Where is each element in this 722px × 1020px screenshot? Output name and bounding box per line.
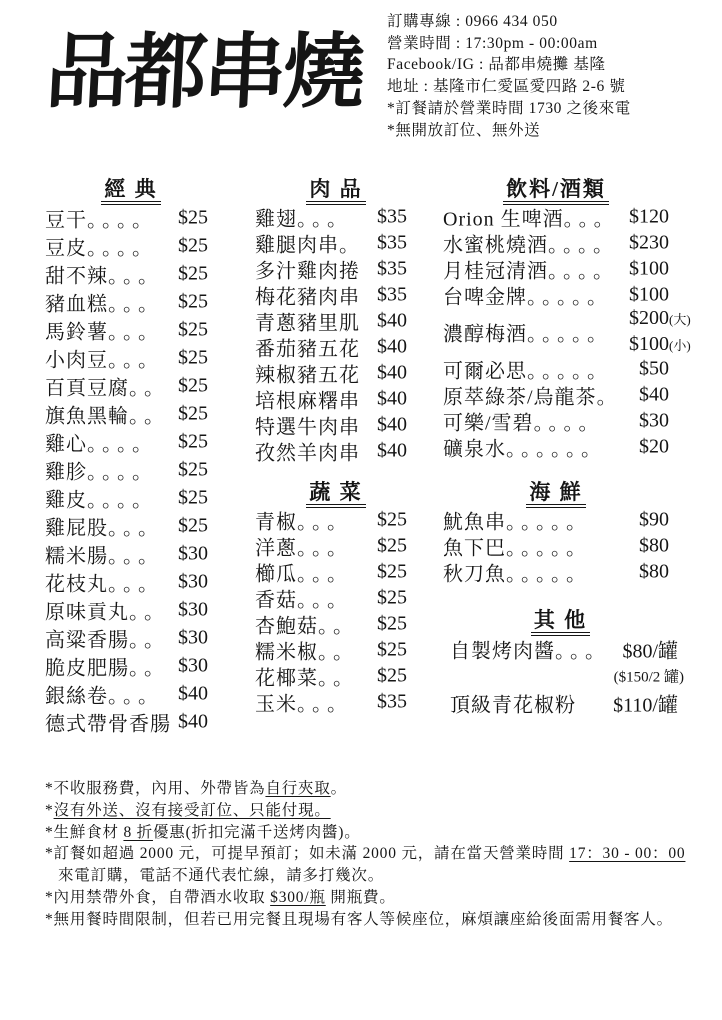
menu-item: 糯米椒。。$25 [255, 637, 417, 663]
item-price: $25 [178, 263, 208, 286]
item-price: $35 [377, 206, 407, 229]
item-name: 魚下巴。。。。。 [443, 532, 591, 561]
item-name: 雞腿肉串。 [255, 229, 364, 258]
item-name: 豆皮。。。。 [45, 232, 157, 261]
section-title-meat: 肉 品 [255, 177, 417, 204]
dot-leader: 。。 [129, 630, 169, 652]
item-label: 花枝丸 [45, 574, 108, 596]
menu-item: 頂級青花椒粉$110/罐 [443, 689, 678, 716]
price-amount: $200 [629, 307, 669, 329]
item-name: 甜不辣。。。 [45, 260, 163, 289]
item-label: 辣椒豬五花 [255, 365, 360, 387]
item-name: 雞屁股。。。 [45, 512, 163, 541]
note-underlined-text: 8 折 [123, 824, 153, 841]
menu-item: 豬血糕。。。$25 [45, 288, 217, 316]
item-name: 原味貢丸。。 [45, 596, 169, 625]
item-price: $25 [377, 613, 407, 636]
item-label: 糯米椒 [255, 642, 318, 664]
section-title-drinks: 飲料/酒類 [443, 177, 669, 204]
menu-item: 雞胗。。。。$25 [45, 456, 217, 484]
item-name: 杏鮑菇。。 [255, 610, 358, 639]
menu-item: 小肉豆。。。$25 [45, 344, 217, 372]
menu-item: 糯米腸。。。$30 [45, 540, 217, 568]
item-label: 可樂/雪碧 [443, 413, 534, 435]
item-name: 培根麻糬串 [255, 385, 360, 414]
section-meat: 肉 品 雞翅。。。$35雞腿肉串。$35多汁雞肉捲$35梅花豬肉串$35青蔥豬里… [255, 177, 417, 464]
item-price: $25 [178, 235, 208, 258]
item-label: 台啤金牌 [443, 287, 527, 309]
item-label: 魚下巴 [443, 538, 506, 560]
item-name: 濃醇梅酒。。。。。 [443, 318, 612, 347]
item-name: 特選牛肉串 [255, 411, 360, 440]
dot-leader: 。 [597, 387, 622, 409]
item-price: $40 [639, 384, 669, 407]
dot-leader: 。。。。。。 [506, 439, 606, 461]
item-name: 可樂/雪碧。。。。 [443, 407, 604, 436]
item-label: 香菇 [255, 590, 297, 612]
item-price: $25 [178, 207, 208, 230]
item-name: 櫛瓜。。。 [255, 558, 352, 587]
dot-leader: 。。。 [564, 209, 619, 231]
item-name: 青蔥豬里肌 [255, 307, 360, 336]
dot-leader: 。。。。。 [506, 512, 591, 534]
dot-leader: 。 [339, 235, 364, 257]
dot-leader: 。。。 [555, 640, 610, 662]
dot-leader: 。。 [129, 602, 169, 624]
item-label: 可爾必思 [443, 361, 527, 383]
menu-item: 青蔥豬里肌$40 [255, 308, 417, 334]
dot-leader: 。。。。 [87, 462, 157, 484]
menu-item: 青椒。。。$25 [255, 507, 417, 533]
section-title-seafood: 海 鮮 [443, 480, 669, 507]
menu-item: 月桂冠清酒。。。。$100 [443, 256, 669, 282]
dot-leader: 。。 [318, 642, 358, 664]
item-name: 玉米。。。 [255, 688, 352, 717]
item-price: $25 [178, 347, 208, 370]
note-text: *內用禁帶外食，自帶酒水收取 [45, 889, 270, 906]
item-label: 礦泉水 [443, 439, 506, 461]
item-name: 糯米椒。。 [255, 636, 358, 665]
item-price: $80/罐 [622, 634, 678, 663]
menu-item: 花椰菜。。$25 [255, 663, 417, 689]
dot-leader: 。。。。 [87, 490, 157, 512]
dot-leader: 。。。 [108, 266, 163, 288]
dot-leader: 。。 [129, 406, 169, 428]
item-name: 旗魚黑輪。。 [45, 400, 169, 429]
classic-rows: 豆干。。。。$25豆皮。。。。$25甜不辣。。。$25豬血糕。。。$25馬鈴薯。… [45, 204, 217, 736]
item-name: 番茄豬五花 [255, 333, 360, 362]
item-price: $25 [178, 459, 208, 482]
note-text: * [45, 802, 54, 819]
dot-leader: 。。。 [108, 294, 163, 316]
other-rows: 自製烤肉醬。。。$80/罐($150/2 罐)頂級青花椒粉$110/罐 [443, 635, 678, 716]
meat-rows: 雞翅。。。$35雞腿肉串。$35多汁雞肉捲$35梅花豬肉串$35青蔥豬里肌$40… [255, 204, 417, 464]
item-label: 多汁雞肉捲 [255, 261, 360, 283]
item-price: $200(大)$100(小) [629, 306, 669, 358]
section-seafood: 海 鮮 魷魚串。。。。。$90魚下巴。。。。。$80秋刀魚。。。。。$80 [443, 480, 669, 585]
dot-leader: 。。。 [108, 686, 163, 708]
item-label: 雞腿肉串 [255, 235, 339, 257]
item-label: 原味貢丸 [45, 602, 129, 624]
item-label: 魷魚串 [443, 512, 506, 534]
note-line: *生鮮食材 8 折優惠(折扣完滿千送烤肉醬)。 [45, 822, 707, 844]
item-name: 水蜜桃燒酒。。。。 [443, 229, 618, 258]
menu-item: 培根麻糬串$40 [255, 386, 417, 412]
item-label: 豆皮 [45, 238, 87, 260]
item-name: 香菇。。。 [255, 584, 352, 613]
item-label: 百頁豆腐 [45, 378, 129, 400]
item-price: $25 [377, 587, 407, 610]
section-classic: 經 典 豆干。。。。$25豆皮。。。。$25甜不辣。。。$25豬血糕。。。$25… [45, 177, 217, 736]
menu-item: 洋蔥。。。$25 [255, 533, 417, 559]
item-name: 孜然羊肉串 [255, 437, 360, 466]
note-text: 優惠(折扣完滿千送烤肉醬)。 [153, 824, 361, 841]
item-price: $25 [377, 665, 407, 688]
note-line: *內用禁帶外食，自帶酒水收取 $300/瓶 開瓶費。 [45, 887, 707, 909]
price-size-label: (小) [669, 333, 696, 358]
dot-leader: 。。。 [297, 590, 352, 612]
menu-item: 杏鮑菇。。$25 [255, 611, 417, 637]
menu-item: 脆皮肥腸。。$30 [45, 652, 217, 680]
item-price: $40 [377, 440, 407, 463]
dot-leader: 。。。。 [87, 238, 157, 260]
item-label: 月桂冠清酒 [443, 261, 548, 283]
menu-item: 秋刀魚。。。。。$80 [443, 559, 669, 585]
dot-leader: 。。。 [297, 538, 352, 560]
menu-item: 旗魚黑輪。。$25 [45, 400, 217, 428]
menu-item: 辣椒豬五花$40 [255, 360, 417, 386]
item-label: 雞胗 [45, 462, 87, 484]
dot-leader: 。。 [318, 668, 358, 690]
item-label: 雞屁股 [45, 518, 108, 540]
item-name: 豬血糕。。。 [45, 288, 163, 317]
menu-item: 可爾必思。。。。。$50 [443, 356, 669, 382]
menu-item: 水蜜桃燒酒。。。。$230 [443, 230, 669, 256]
item-label: 旗魚黑輪 [45, 406, 129, 428]
menu-item: 高粱香腸。。$30 [45, 624, 217, 652]
menu-item: 礦泉水。。。。。。$20 [443, 434, 669, 460]
price-amount: $100 [629, 333, 669, 355]
contact-line: Facebook/IG : 品都串燒攤 基隆 [387, 54, 631, 76]
item-name: 礦泉水。。。。。。 [443, 433, 606, 462]
price-size-label: (大) [669, 307, 696, 332]
note-underlined-text: 17：30 - 00：00 [569, 845, 685, 862]
dot-leader: 。。。。。 [506, 538, 591, 560]
item-label: 高粱香腸 [45, 630, 129, 652]
seafood-rows: 魷魚串。。。。。$90魚下巴。。。。。$80秋刀魚。。。。。$80 [443, 507, 669, 585]
item-price: $25 [377, 561, 407, 584]
note-text: 。 [331, 780, 347, 797]
item-price: $35 [377, 258, 407, 281]
contact-line: 訂購專線 : 0966 434 050 [387, 11, 631, 33]
item-price: $25 [377, 639, 407, 662]
dot-leader: 。。。。。 [527, 361, 612, 383]
item-name: 月桂冠清酒。。。。 [443, 255, 618, 284]
menu-item: 雞翅。。。$35 [255, 204, 417, 230]
dot-leader: 。。。 [297, 694, 352, 716]
menu-item: 銀絲卷。。。$40 [45, 680, 217, 708]
menu-item: 魷魚串。。。。。$90 [443, 507, 669, 533]
item-name: 糯米腸。。。 [45, 540, 163, 569]
dot-leader: 。。。。。 [527, 287, 612, 309]
note-line: *不收服務費，內用、外帶皆為自行夾取。 [45, 778, 707, 800]
menu-item: 原味貢丸。。$30 [45, 596, 217, 624]
item-price: $25 [178, 431, 208, 454]
menu-item: 番茄豬五花$40 [255, 334, 417, 360]
item-name: 花椰菜。。 [255, 662, 358, 691]
dot-leader: 。。。 [297, 512, 352, 534]
item-label: 雞翅 [255, 209, 297, 231]
dot-leader: 。。 [129, 378, 169, 400]
section-title-other: 其 他 [443, 608, 678, 635]
item-price: $80 [639, 561, 669, 584]
item-price: $40 [377, 310, 407, 333]
note-text: *訂餐如超過 2000 元，可提早預訂；如未滿 2000 元，請在當天營業時間 [45, 845, 569, 862]
item-price: $25 [178, 291, 208, 314]
item-label: 花椰菜 [255, 668, 318, 690]
item-price: $40 [377, 336, 407, 359]
item-price: $110/罐 [613, 688, 678, 717]
item-name: 雞胗。。。。 [45, 456, 157, 485]
item-price: $35 [377, 691, 407, 714]
item-label: 甜不辣 [45, 266, 108, 288]
item-label: 梅花豬肉串 [255, 287, 360, 309]
price-line: $100(小) [629, 332, 669, 358]
note-underlined-text: 沒有外送、沒有接受訂位、只能付現。 [54, 802, 331, 819]
menu-item: 馬鈴薯。。。$25 [45, 316, 217, 344]
item-label: 馬鈴薯 [45, 322, 108, 344]
note-underlined-text: 自行夾取 [265, 780, 330, 797]
footer-notes: *不收服務費，內用、外帶皆為自行夾取。*沒有外送、沒有接受訂位、只能付現。*生鮮… [45, 778, 707, 931]
item-price: $35 [377, 232, 407, 255]
item-name: 雞皮。。。。 [45, 484, 157, 513]
menu-item: 可樂/雪碧。。。。$30 [443, 408, 669, 434]
note-line: *沒有外送、沒有接受訂位、只能付現。 [45, 800, 707, 822]
dot-leader: 。。。。 [87, 434, 157, 456]
dot-leader: 。。。 [297, 209, 352, 231]
item-name: 魷魚串。。。。。 [443, 506, 591, 535]
menu-item: 雞心。。。。$25 [45, 428, 217, 456]
dot-leader: 。。。 [297, 564, 352, 586]
section-drinks: 飲料/酒類 Orion 生啤酒。。。$120水蜜桃燒酒。。。。$230月桂冠清酒… [443, 177, 669, 460]
item-label: 特選牛肉串 [255, 417, 360, 439]
item-name: 雞翅。。。 [255, 203, 352, 232]
item-name: 洋蔥。。。 [255, 532, 352, 561]
menu-item: 豆皮。。。。$25 [45, 232, 217, 260]
item-name: 銀絲卷。。。 [45, 680, 163, 709]
item-label: 頂級青花椒粉 [450, 694, 576, 716]
item-price: $120 [629, 206, 669, 229]
note-line: 來電訂購，電話不通代表忙線，請多打幾次。 [45, 865, 707, 887]
note-text: *生鮮食材 [45, 824, 123, 841]
dot-leader: 。。 [129, 658, 169, 680]
price-line: $200(大) [629, 306, 669, 332]
item-name: Orion 生啤酒。。。 [443, 203, 619, 232]
note-underlined-text: $300/瓶 [270, 889, 326, 906]
restaurant-logo: 品都串燒 [43, 14, 349, 132]
note-text: 開瓶費。 [326, 889, 396, 906]
item-price: $25 [178, 515, 208, 538]
item-label: 濃醇梅酒 [443, 324, 527, 346]
item-price: $40 [377, 414, 407, 437]
menu-item: 原萃綠茶/烏龍茶。$40 [443, 382, 669, 408]
item-label: 豬血糕 [45, 294, 108, 316]
item-label: 培根麻糬串 [255, 391, 360, 413]
price-note-row: ($150/2 罐) [443, 662, 678, 689]
dot-leader: 。。 [318, 616, 358, 638]
menu-item: 德式帶骨香腸$40 [45, 708, 217, 736]
item-price: $30 [178, 655, 208, 678]
menu-item: 香菇。。。$25 [255, 585, 417, 611]
item-label: 秋刀魚 [443, 564, 506, 586]
menu-item: 雞腿肉串。$35 [255, 230, 417, 256]
item-price: $40 [178, 683, 208, 706]
menu-item: 多汁雞肉捲$35 [255, 256, 417, 282]
item-name: 馬鈴薯。。。 [45, 316, 163, 345]
item-label: 玉米 [255, 694, 297, 716]
item-label: 番茄豬五花 [255, 339, 360, 361]
item-label: 櫛瓜 [255, 564, 297, 586]
menu-item: 雞皮。。。。$25 [45, 484, 217, 512]
item-name: 雞心。。。。 [45, 428, 157, 457]
note-text: *無用餐時間限制，但若已用完餐且現場有客人等候座位，麻煩讓座給後面需用餐客人。 [45, 911, 673, 928]
menu-item: 濃醇梅酒。。。。。$200(大)$100(小) [443, 308, 669, 356]
item-price: $40 [178, 711, 208, 734]
dot-leader: 。。。。 [534, 413, 604, 435]
item-price: $20 [639, 436, 669, 459]
item-label: Orion 生啤酒 [443, 209, 564, 231]
item-name: 秋刀魚。。。。。 [443, 558, 591, 587]
note-text: *不收服務費，內用、外帶皆為 [45, 780, 265, 797]
menu-item: Orion 生啤酒。。。$120 [443, 204, 669, 230]
item-price: $35 [377, 284, 407, 307]
contact-info: 訂購專線 : 0966 434 050營業時間 : 17:30pm - 00:0… [387, 11, 631, 141]
item-label: 雞心 [45, 434, 87, 456]
item-label: 杏鮑菇 [255, 616, 318, 638]
item-name: 青椒。。。 [255, 506, 352, 535]
item-price: $25 [377, 535, 407, 558]
item-price: $25 [178, 375, 208, 398]
menu-item: 特選牛肉串$40 [255, 412, 417, 438]
item-price: $25 [178, 319, 208, 342]
menu-item: 魚下巴。。。。。$80 [443, 533, 669, 559]
menu-item: 豆干。。。。$25 [45, 204, 217, 232]
item-label: 德式帶骨香腸 [45, 714, 171, 736]
item-name: 可爾必思。。。。。 [443, 355, 612, 384]
dot-leader: 。。。 [108, 518, 163, 540]
item-label: 青蔥豬里肌 [255, 313, 360, 335]
note-line: *無用餐時間限制，但若已用完餐且現場有客人等候座位，麻煩讓座給後面需用餐客人。 [45, 909, 707, 931]
contact-line: 營業時間 : 17:30pm - 00:00am [387, 33, 631, 55]
item-name: 花枝丸。。。 [45, 568, 163, 597]
menu-item: 自製烤肉醬。。。$80/罐 [443, 635, 678, 662]
item-price: $30 [639, 410, 669, 433]
item-name: 高粱香腸。。 [45, 624, 169, 653]
item-name: 多汁雞肉捲 [255, 255, 360, 284]
section-other: 其 他 自製烤肉醬。。。$80/罐($150/2 罐)頂級青花椒粉$110/罐 [443, 608, 678, 716]
item-name: 台啤金牌。。。。。 [443, 281, 612, 310]
item-price: $25 [377, 509, 407, 532]
item-name: 辣椒豬五花 [255, 359, 360, 388]
item-price: $40 [377, 388, 407, 411]
menu-item: 玉米。。。$35 [255, 689, 417, 715]
item-label: 自製烤肉醬 [450, 640, 555, 662]
item-price: $100 [629, 258, 669, 281]
item-name: 頂級青花椒粉 [450, 688, 576, 717]
item-label: 原萃綠茶/烏龍茶 [443, 387, 597, 409]
dot-leader: 。。。。 [87, 210, 157, 232]
menu-item: 百頁豆腐。。$25 [45, 372, 217, 400]
item-price: $90 [639, 509, 669, 532]
item-label: 雞皮 [45, 490, 87, 512]
contact-line: *訂餐請於營業時間 1730 之後來電 [387, 98, 631, 120]
item-price: $30 [178, 543, 208, 566]
item-label: 水蜜桃燒酒 [443, 235, 548, 257]
item-price: $30 [178, 599, 208, 622]
contact-line: 地址 : 基隆市仁愛區愛四路 2-6 號 [387, 76, 631, 98]
menu-item: 花枝丸。。。$30 [45, 568, 217, 596]
item-label: 小肉豆 [45, 350, 108, 372]
item-price: $25 [178, 403, 208, 426]
item-label: 孜然羊肉串 [255, 443, 360, 465]
item-price: $100 [629, 284, 669, 307]
price-note: ($150/2 罐) [614, 665, 684, 686]
menu-item: 櫛瓜。。。$25 [255, 559, 417, 585]
item-price: $25 [178, 487, 208, 510]
menu-item: 台啤金牌。。。。。$100 [443, 282, 669, 308]
item-label: 洋蔥 [255, 538, 297, 560]
item-price: $30 [178, 571, 208, 594]
item-price: $30 [178, 627, 208, 650]
item-price: $40 [377, 362, 407, 385]
dot-leader: 。。。 [108, 322, 163, 344]
menu-item: 孜然羊肉串$40 [255, 438, 417, 464]
drinks-rows: Orion 生啤酒。。。$120水蜜桃燒酒。。。。$230月桂冠清酒。。。。$1… [443, 204, 669, 460]
dot-leader: 。。。 [108, 350, 163, 372]
item-label: 青椒 [255, 512, 297, 534]
dot-leader: 。。。。。 [506, 564, 591, 586]
item-label: 脆皮肥腸 [45, 658, 129, 680]
item-price: $80 [639, 535, 669, 558]
item-label: 糯米腸 [45, 546, 108, 568]
section-title-classic: 經 典 [45, 177, 217, 204]
item-name: 小肉豆。。。 [45, 344, 163, 373]
dot-leader: 。。。 [108, 574, 163, 596]
menu-item: 甜不辣。。。$25 [45, 260, 217, 288]
dot-leader: 。。。。 [548, 261, 618, 283]
note-line: *訂餐如超過 2000 元，可提早預訂；如未滿 2000 元，請在當天營業時間 … [45, 843, 707, 865]
section-title-vegetables: 蔬 菜 [255, 480, 417, 507]
dot-leader: 。。。。。 [527, 324, 612, 346]
dot-leader: 。。。。 [548, 235, 618, 257]
menu-page: 品都串燒 訂購專線 : 0966 434 050營業時間 : 17:30pm -… [0, 0, 722, 1020]
note-text: 來電訂購，電話不通代表忙線，請多打幾次。 [58, 867, 384, 884]
item-name: 自製烤肉醬。。。 [450, 634, 610, 663]
vegetables-rows: 青椒。。。$25洋蔥。。。$25櫛瓜。。。$25香菇。。。$25杏鮑菇。。$25… [255, 507, 417, 715]
item-name: 豆干。。。。 [45, 204, 157, 233]
item-name: 脆皮肥腸。。 [45, 652, 169, 681]
menu-item: 雞屁股。。。$25 [45, 512, 217, 540]
item-name: 原萃綠茶/烏龍茶。 [443, 381, 622, 410]
item-name: 德式帶骨香腸 [45, 708, 171, 737]
item-price: $50 [639, 358, 669, 381]
menu-item: 梅花豬肉串$35 [255, 282, 417, 308]
contact-line: *無開放訂位、無外送 [387, 120, 631, 142]
item-label: 豆干 [45, 210, 87, 232]
item-name: 梅花豬肉串 [255, 281, 360, 310]
item-price: $230 [629, 232, 669, 255]
section-vegetables: 蔬 菜 青椒。。。$25洋蔥。。。$25櫛瓜。。。$25香菇。。。$25杏鮑菇。… [255, 480, 417, 715]
